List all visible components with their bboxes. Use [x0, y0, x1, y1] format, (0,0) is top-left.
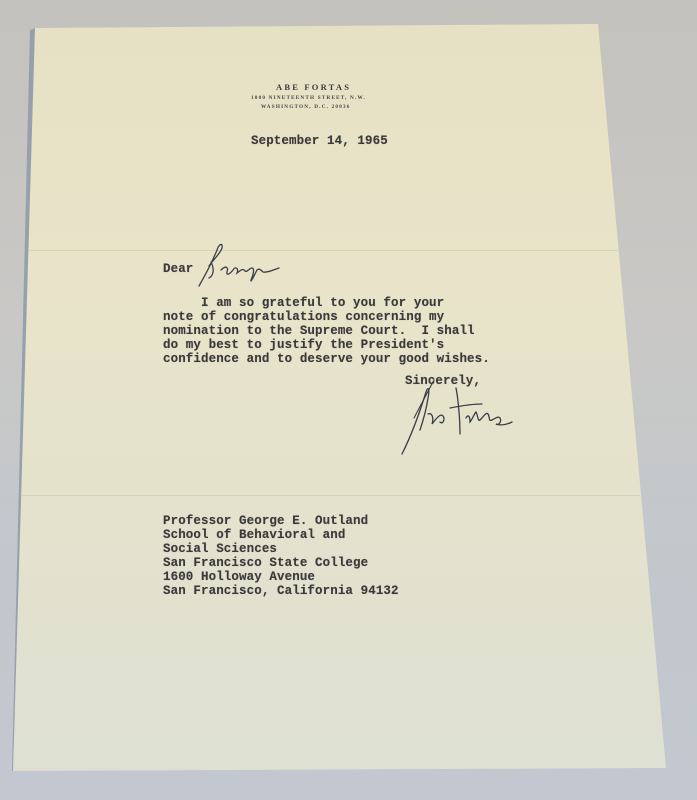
body-line: I am so grateful to you for your — [163, 296, 490, 310]
body-line: confidence and to deserve your good wish… — [163, 352, 490, 366]
letter-paper — [0, 0, 697, 800]
body-line: note of congratulations concerning my — [163, 310, 490, 324]
letterhead-street: 1000 NINETEENTH STREET, N.W. — [251, 95, 366, 101]
salutation: Dear — [163, 262, 193, 276]
address-line: School of Behavioral and — [163, 528, 399, 542]
handwritten-george — [195, 240, 290, 290]
letter-body: I am so grateful to you for yournote of … — [163, 296, 490, 366]
address-line: Professor George E. Outland — [163, 514, 399, 528]
letter-date: September 14, 1965 — [251, 134, 388, 148]
signature-abe-fortas — [398, 378, 528, 458]
address-line: San Francisco, California 94132 — [163, 584, 399, 598]
letterhead-name: ABE FORTAS — [276, 82, 351, 92]
fold-line-upper — [28, 250, 618, 251]
address-line: 1600 Holloway Avenue — [163, 570, 399, 584]
letterhead-city: WASHINGTON, D.C. 20036 — [261, 104, 351, 110]
address-line: Social Sciences — [163, 542, 399, 556]
recipient-address: Professor George E. OutlandSchool of Beh… — [163, 514, 399, 598]
body-line: nomination to the Supreme Court. I shall — [163, 324, 490, 338]
fold-line-lower — [20, 495, 640, 496]
photo-scene: ABE FORTAS 1000 NINETEENTH STREET, N.W. … — [0, 0, 697, 800]
address-line: San Francisco State College — [163, 556, 399, 570]
salutation-typed: Dear — [163, 262, 193, 276]
body-line: do my best to justify the President's — [163, 338, 490, 352]
